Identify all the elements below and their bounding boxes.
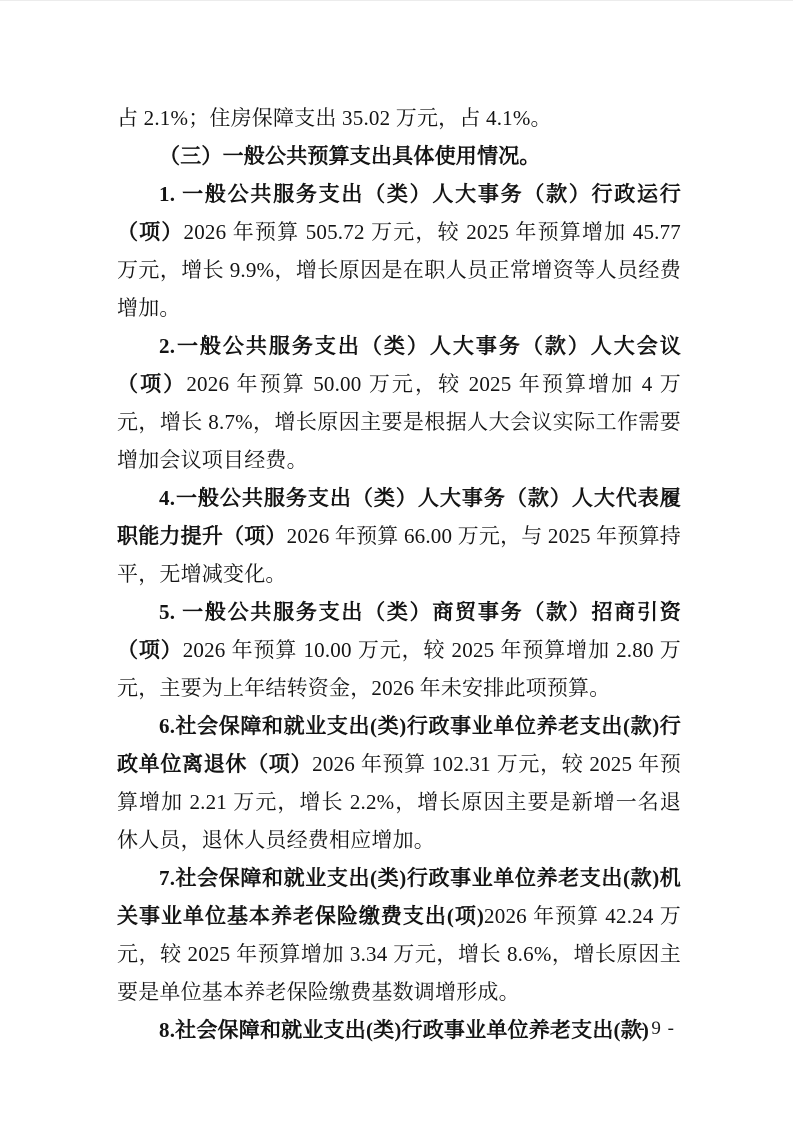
page-footer: - 9 -	[117, 1013, 681, 1045]
paragraph-continuation: 占 2.1%；住房保障支出 35.02 万元，占 4.1%。	[117, 99, 681, 137]
budget-item-6: 6.社会保障和就业支出(类)行政事业单位养老支出(款)行政单位离退休（项）202…	[117, 707, 681, 859]
page-body: 占 2.1%；住房保障支出 35.02 万元，占 4.1%。 （三）一般公共预算…	[117, 99, 681, 1049]
budget-item-4: 4.一般公共服务支出（类）人大事务（款）人大代表履职能力提升（项）2026 年预…	[117, 479, 681, 593]
section-heading: （三）一般公共预算支出具体使用情况。	[117, 137, 681, 175]
budget-item-5: 5. 一般公共服务支出（类）商贸事务（款）招商引资（项）2026 年预算 10.…	[117, 593, 681, 707]
budget-item-5-body: 2026 年预算 10.00 万元，较 2025 年预算增加 2.80 万元，主…	[117, 638, 681, 700]
budget-item-1-body: 2026 年预算 505.72 万元，较 2025 年预算增加 45.77 万元…	[117, 220, 681, 320]
budget-item-7: 7.社会保障和就业支出(类)行政事业单位养老支出(款)机关事业单位基本养老保险缴…	[117, 859, 681, 1011]
page-number: - 9 -	[638, 1018, 675, 1039]
budget-item-2-body: 2026 年预算 50.00 万元，较 2025 年预算增加 4 万元，增长 8…	[117, 372, 681, 472]
budget-item-1: 1. 一般公共服务支出（类）人大事务（款）行政运行（项）2026 年预算 505…	[117, 175, 681, 327]
continuation-text: 占 2.1%；住房保障支出 35.02 万元，占 4.1%。	[117, 106, 552, 130]
budget-item-2: 2.一般公共服务支出（类）人大事务（款）人大会议（项）2026 年预算 50.0…	[117, 327, 681, 479]
section-heading-text: （三）一般公共预算支出具体使用情况。	[159, 144, 541, 168]
document-page: 占 2.1%；住房保障支出 35.02 万元，占 4.1%。 （三）一般公共预算…	[0, 0, 793, 1122]
